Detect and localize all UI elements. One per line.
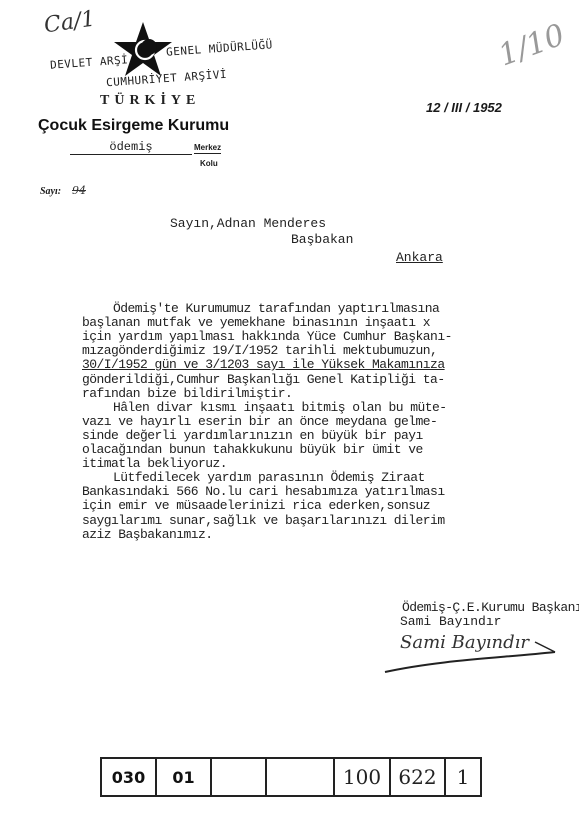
organization-name: Çocuk Esirgeme Kurumu — [38, 117, 229, 135]
body-line: vazı ve hayırlı eserin bir an önce meyda… — [82, 415, 437, 429]
branch-name: ödemiş — [70, 140, 192, 155]
archive-code-cell — [267, 759, 335, 795]
branch-type-bottom: Kolu — [200, 159, 218, 168]
body-line: saygılarımı sunar,sağlık ve başarılarını… — [82, 514, 445, 528]
body-line: için emir ve müsaadelerinizi rica ederke… — [82, 499, 430, 513]
recipient-name: Sayın,Adnan Menderes — [170, 216, 326, 231]
recipient-title: Başbakan — [291, 232, 353, 247]
body-line: sinde değerli yardımlarınızın en büyük b… — [82, 429, 423, 443]
archive-code-cell — [212, 759, 267, 795]
signatory-office: Ödemiş-Ç.E.Kurumu Başkanı — [402, 600, 579, 615]
body-line: aziz Başbakanımız. — [82, 528, 213, 542]
body-line: Lütfedilecek yardım parasının Ödemiş Zir… — [113, 471, 425, 485]
top-right-note: 1/10 — [494, 18, 569, 74]
archive-code-box: 030011006221 — [100, 757, 482, 797]
body-line: Ödemiş'te Kurumumuz tarafından yaptırılm… — [113, 302, 439, 316]
signatory-name: Sami Bayındır — [400, 614, 501, 629]
body-line: olacağından bunun tahakkukunu büyük bir … — [82, 443, 423, 457]
archive-code-cell: 030 — [102, 759, 157, 795]
body-line: Hâlen divar kısmı inşaatı bitmiş olan bu… — [113, 401, 447, 415]
archive-code-cell: 622 — [391, 759, 446, 795]
body-line: 30/I/1952 gün ve 3/1203 sayı ile Yüksek … — [82, 358, 445, 372]
letter-date: 12 / III / 1952 — [426, 100, 502, 115]
number-value: 94 — [72, 184, 136, 197]
archive-code-cell: 01 — [157, 759, 212, 795]
archive-code-cell: 100 — [335, 759, 391, 795]
number-label: Sayı: — [40, 186, 61, 197]
stamp-line-right: GENEL MÜDÜRLÜĞÜ — [166, 38, 273, 58]
body-line: Bankasındaki 566 No.lu cari hesabımıza y… — [82, 485, 445, 499]
body-line: için yardım yapılması hakkında Yüce Cumh… — [82, 330, 452, 344]
branch-type-top: Merkez — [194, 143, 221, 154]
signature-flourish — [380, 640, 560, 685]
country-heading: TÜRKİYE — [100, 93, 200, 109]
body-line: mızagönderdiğimiz 19/I/1952 tarihli mekt… — [82, 344, 437, 358]
body-line: rafından bize bildirilmiştir. — [82, 387, 292, 401]
body-line: itimatla bekliyoruz. — [82, 457, 227, 471]
body-line: gönderildiği,Cumhur Başkanlığı Genel Kat… — [82, 373, 445, 387]
body-line: başlanan mutfak ve yemekhane binasının i… — [82, 316, 430, 330]
recipient-city: Ankara — [396, 250, 443, 265]
margin-note: Ca/1 — [43, 7, 97, 39]
archive-code-cell: 1 — [446, 759, 480, 795]
